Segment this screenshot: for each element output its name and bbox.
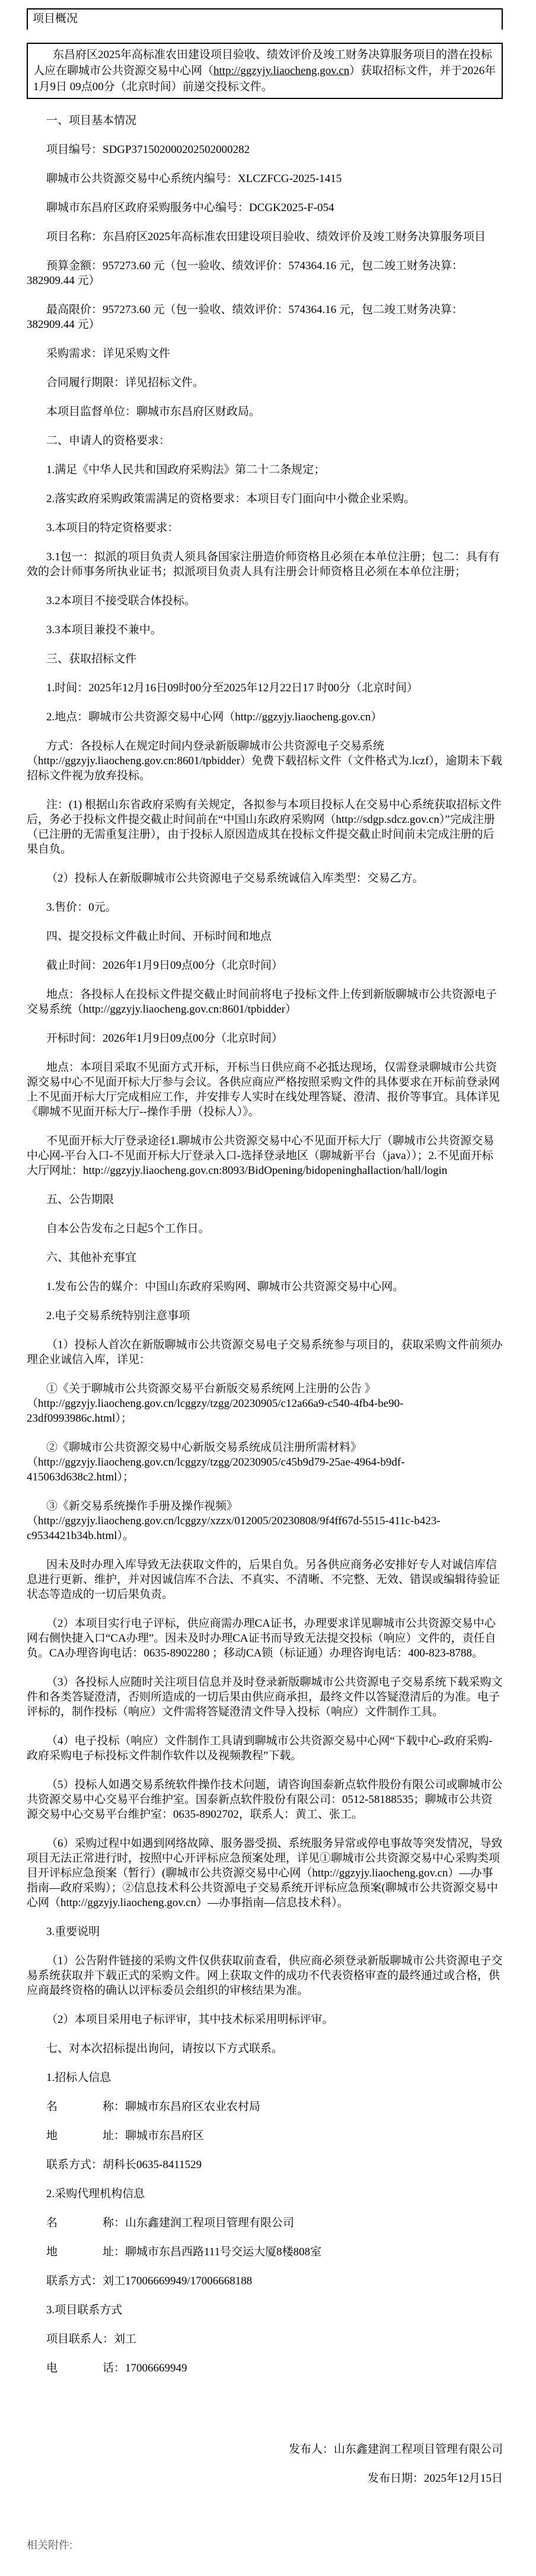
paragraph: 地 址：聊城市东昌府区 bbox=[27, 2128, 503, 2143]
paragraph: 3.3本项目兼投不兼中。 bbox=[27, 623, 503, 637]
paragraph: 自本公告发布之日起5个工作日。 bbox=[27, 1221, 503, 1236]
paragraph: 联系方式：胡科长0635-8411529 bbox=[27, 2157, 503, 2172]
document-body: 一、项目基本情况项目编号：SDGP371502000202502000282聊城… bbox=[27, 113, 503, 2486]
paragraph: （5）投标人如遇交易系统软件操作技术问题，请咨询国泰新点软件股份有限公司或聊城市… bbox=[27, 1777, 503, 1822]
paragraph: 2.电子交易系统特别注意事项 bbox=[27, 1308, 503, 1323]
paragraph: 合同履行期限：详见招标文件。 bbox=[27, 375, 503, 390]
related-attachments-label: 相关附件: bbox=[27, 2538, 503, 2552]
paragraph: 地 址：聊城市东昌西路111号交运大厦8楼808室 bbox=[27, 2245, 503, 2259]
paragraph: （2）投标人在新版聊城市公共资源电子交易系统诚信入库类型：交易乙方。 bbox=[27, 871, 503, 886]
paragraph: 二、申请人的资格要求： bbox=[27, 433, 503, 448]
paragraph: 地点：各投标人在投标文件提交截止时间前将电子投标文件上传到新版聊城市公共资源电子… bbox=[27, 987, 503, 1017]
paragraph: 项目联系人：刘工 bbox=[27, 2332, 503, 2347]
paragraph: 1.时间：2025年12月16日09时00分至2025年12月22日17 时00… bbox=[27, 681, 503, 695]
paragraph: 预算金额：957273.60 元（包一验收、绩效评价：574364.16 元，包… bbox=[27, 258, 503, 288]
project-overview-title: 项目概况 bbox=[33, 12, 78, 25]
paragraph: ②《聊城市公共资源交易中心新版交易系统成员注册所需材料》（http://ggzy… bbox=[27, 1440, 503, 1485]
paragraph: 3.售价：0元。 bbox=[27, 900, 503, 915]
paragraph: （1）投标人首次在新版聊城市公共资源交易电子交易系统参与项目的，获取采购文件前须… bbox=[27, 1338, 503, 1367]
paragraph: 五、公告期限 bbox=[27, 1192, 503, 1207]
paragraph: 聊城市东昌府区政府采购服务中心编号：DCGK2025-F-054 bbox=[27, 200, 503, 215]
paragraph: 四、提交投标文件截止时间、开标时间和地点 bbox=[27, 929, 503, 944]
paragraph: 2.地点：聊城市公共资源交易中心网（http://ggzyjy.liaochen… bbox=[27, 710, 503, 724]
paragraph: 采购需求：详见采购文件 bbox=[27, 346, 503, 361]
paragraph: 3.项目联系方式 bbox=[27, 2303, 503, 2318]
paragraph: 因未及时办理入库导致无法获取文件的，后果自负。另各供应商务必安排好专人对诚信库信… bbox=[27, 1557, 503, 1602]
paragraph: 三、获取招标文件 bbox=[27, 652, 503, 666]
paragraph: 3.重要说明 bbox=[27, 1924, 503, 1939]
paragraph: 电 话：17006669949 bbox=[27, 2361, 503, 2376]
paragraph: （2）本项目采用电子标评审，其中技术标采用明标评审。 bbox=[27, 2012, 503, 2027]
paragraph: ③《新交易系统操作手册及操作视频》（http://ggzyjy.liaochen… bbox=[27, 1499, 503, 1543]
paragraph: 开标时间：2026年1月9日09点00分（北京时间） bbox=[27, 1031, 503, 1046]
paragraph: 本项目监督单位：聊城市东昌府区财政局。 bbox=[27, 404, 503, 419]
paragraph: 项目名称：东昌府区2025年高标准农田建设项目验收、绩效评价及竣工财务决算服务项… bbox=[27, 229, 503, 244]
paragraph: （6）采购过程中如遇到网络故障、服务器受损、系统服务异常或停电事故等突发情况，导… bbox=[27, 1836, 503, 1910]
paragraph: 2.采购代理机构信息 bbox=[27, 2186, 503, 2201]
paragraph: 名 称：聊城市东昌府区农业农村局 bbox=[27, 2099, 503, 2114]
paragraph: 项目编号：SDGP371502000202502000282 bbox=[27, 142, 503, 157]
paragraph: 1.满足《中华人民共和国政府采购法》第二十二条规定； bbox=[27, 462, 503, 477]
paragraph: 3.2本项目不接受联合体投标。 bbox=[27, 593, 503, 608]
paragraph: （3）各投标人应随时关注项目信息并及时登录新版聊城市公共资源电子交易系统下载采购… bbox=[27, 1675, 503, 1719]
paragraph: 最高限价：957273.60 元（包一验收、绩效评价：574364.16 元，包… bbox=[27, 302, 503, 332]
paragraph: （4）电子投标（响应）文件制作工具请到聊城市公共资源交易中心网“下载中心-政府采… bbox=[27, 1734, 503, 1763]
paragraph: 七、对本次招标提出询问，请按以下方式联系。 bbox=[27, 2041, 503, 2056]
paragraph: ①《关于聊城市公共资源交易平台新版交易系统网上注册的公告 》（http://gg… bbox=[27, 1381, 503, 1426]
project-overview-title-box: 项目概况 bbox=[27, 8, 503, 30]
announcement-page: 项目概况 东昌府区2025年高标准农田建设项目验收、绩效评价及竣工财务决算服务项… bbox=[0, 0, 536, 2576]
paragraph: 不见面开标大厅登录途径1.聊城市公共资源交易中心不见面开标大厅（聊城市公共资源交… bbox=[27, 1134, 503, 1178]
paragraph: 1.招标人信息 bbox=[27, 2070, 503, 2085]
paragraph: 方式：各投标人在规定时间内登录新版聊城市公共资源电子交易系统（http://gg… bbox=[27, 739, 503, 783]
paragraph: 3.1包一：拟派的项目负责人须具备国家注册造价师资格且必须在本单位注册；包二：具… bbox=[27, 550, 503, 579]
paragraph: 3.本项目的特定资格要求： bbox=[27, 521, 503, 535]
trade-center-link[interactable]: http://ggzyjy.liaocheng.gov.cn bbox=[213, 65, 349, 77]
paragraph: 一、项目基本情况 bbox=[27, 113, 503, 128]
paragraph: 截止时间：2026年1月9日09点00分（北京时间） bbox=[27, 958, 503, 973]
paragraph: 聊城市公共资源交易中心系统内编号：XLCZFCG-2025-1415 bbox=[27, 171, 503, 186]
paragraph: 发布日期：2025年12月15日 bbox=[27, 2471, 503, 2486]
paragraph: 2.落实政府采购政策需满足的资格要求：本项目专门面向中小微企业采购。 bbox=[27, 491, 503, 506]
project-overview-intro-box: 东昌府区2025年高标准农田建设项目验收、绩效评价及竣工财务决算服务项目的潜在投… bbox=[27, 43, 503, 99]
paragraph: 地点：本项目采取不见面方式开标，开标当日供应商不必抵达现场，仅需登录聊城市公共资… bbox=[27, 1060, 503, 1119]
project-overview-intro: 东昌府区2025年高标准农田建设项目验收、绩效评价及竣工财务决算服务项目的潜在投… bbox=[33, 47, 496, 95]
paragraph: （1）公告附件链接的采购文件仅供获取前查看，供应商必须登录新版聊城市公共资源电子… bbox=[27, 1953, 503, 1998]
paragraph: 六、其他补充事宜 bbox=[27, 1250, 503, 1265]
paragraph: 1.发布公告的媒介：中国山东政府采购网、聊城市公共资源交易中心网。 bbox=[27, 1279, 503, 1294]
paragraph: （2）本项目实行电子评标，供应商需办理CA证书，办理要求详见聊城市公共资源交易中… bbox=[27, 1616, 503, 1661]
paragraph: 联系方式：刘工17006669949/17006668188 bbox=[27, 2274, 503, 2288]
paragraph: 注：(1) 根据山东省政府采购有关规定，各拟参与本项目投标人在交易中心系统获取招… bbox=[27, 797, 503, 857]
paragraph: 发布人：山东鑫建润工程项目管理有限公司 bbox=[27, 2442, 503, 2457]
paragraph: 名 称：山东鑫建润工程项目管理有限公司 bbox=[27, 2216, 503, 2230]
